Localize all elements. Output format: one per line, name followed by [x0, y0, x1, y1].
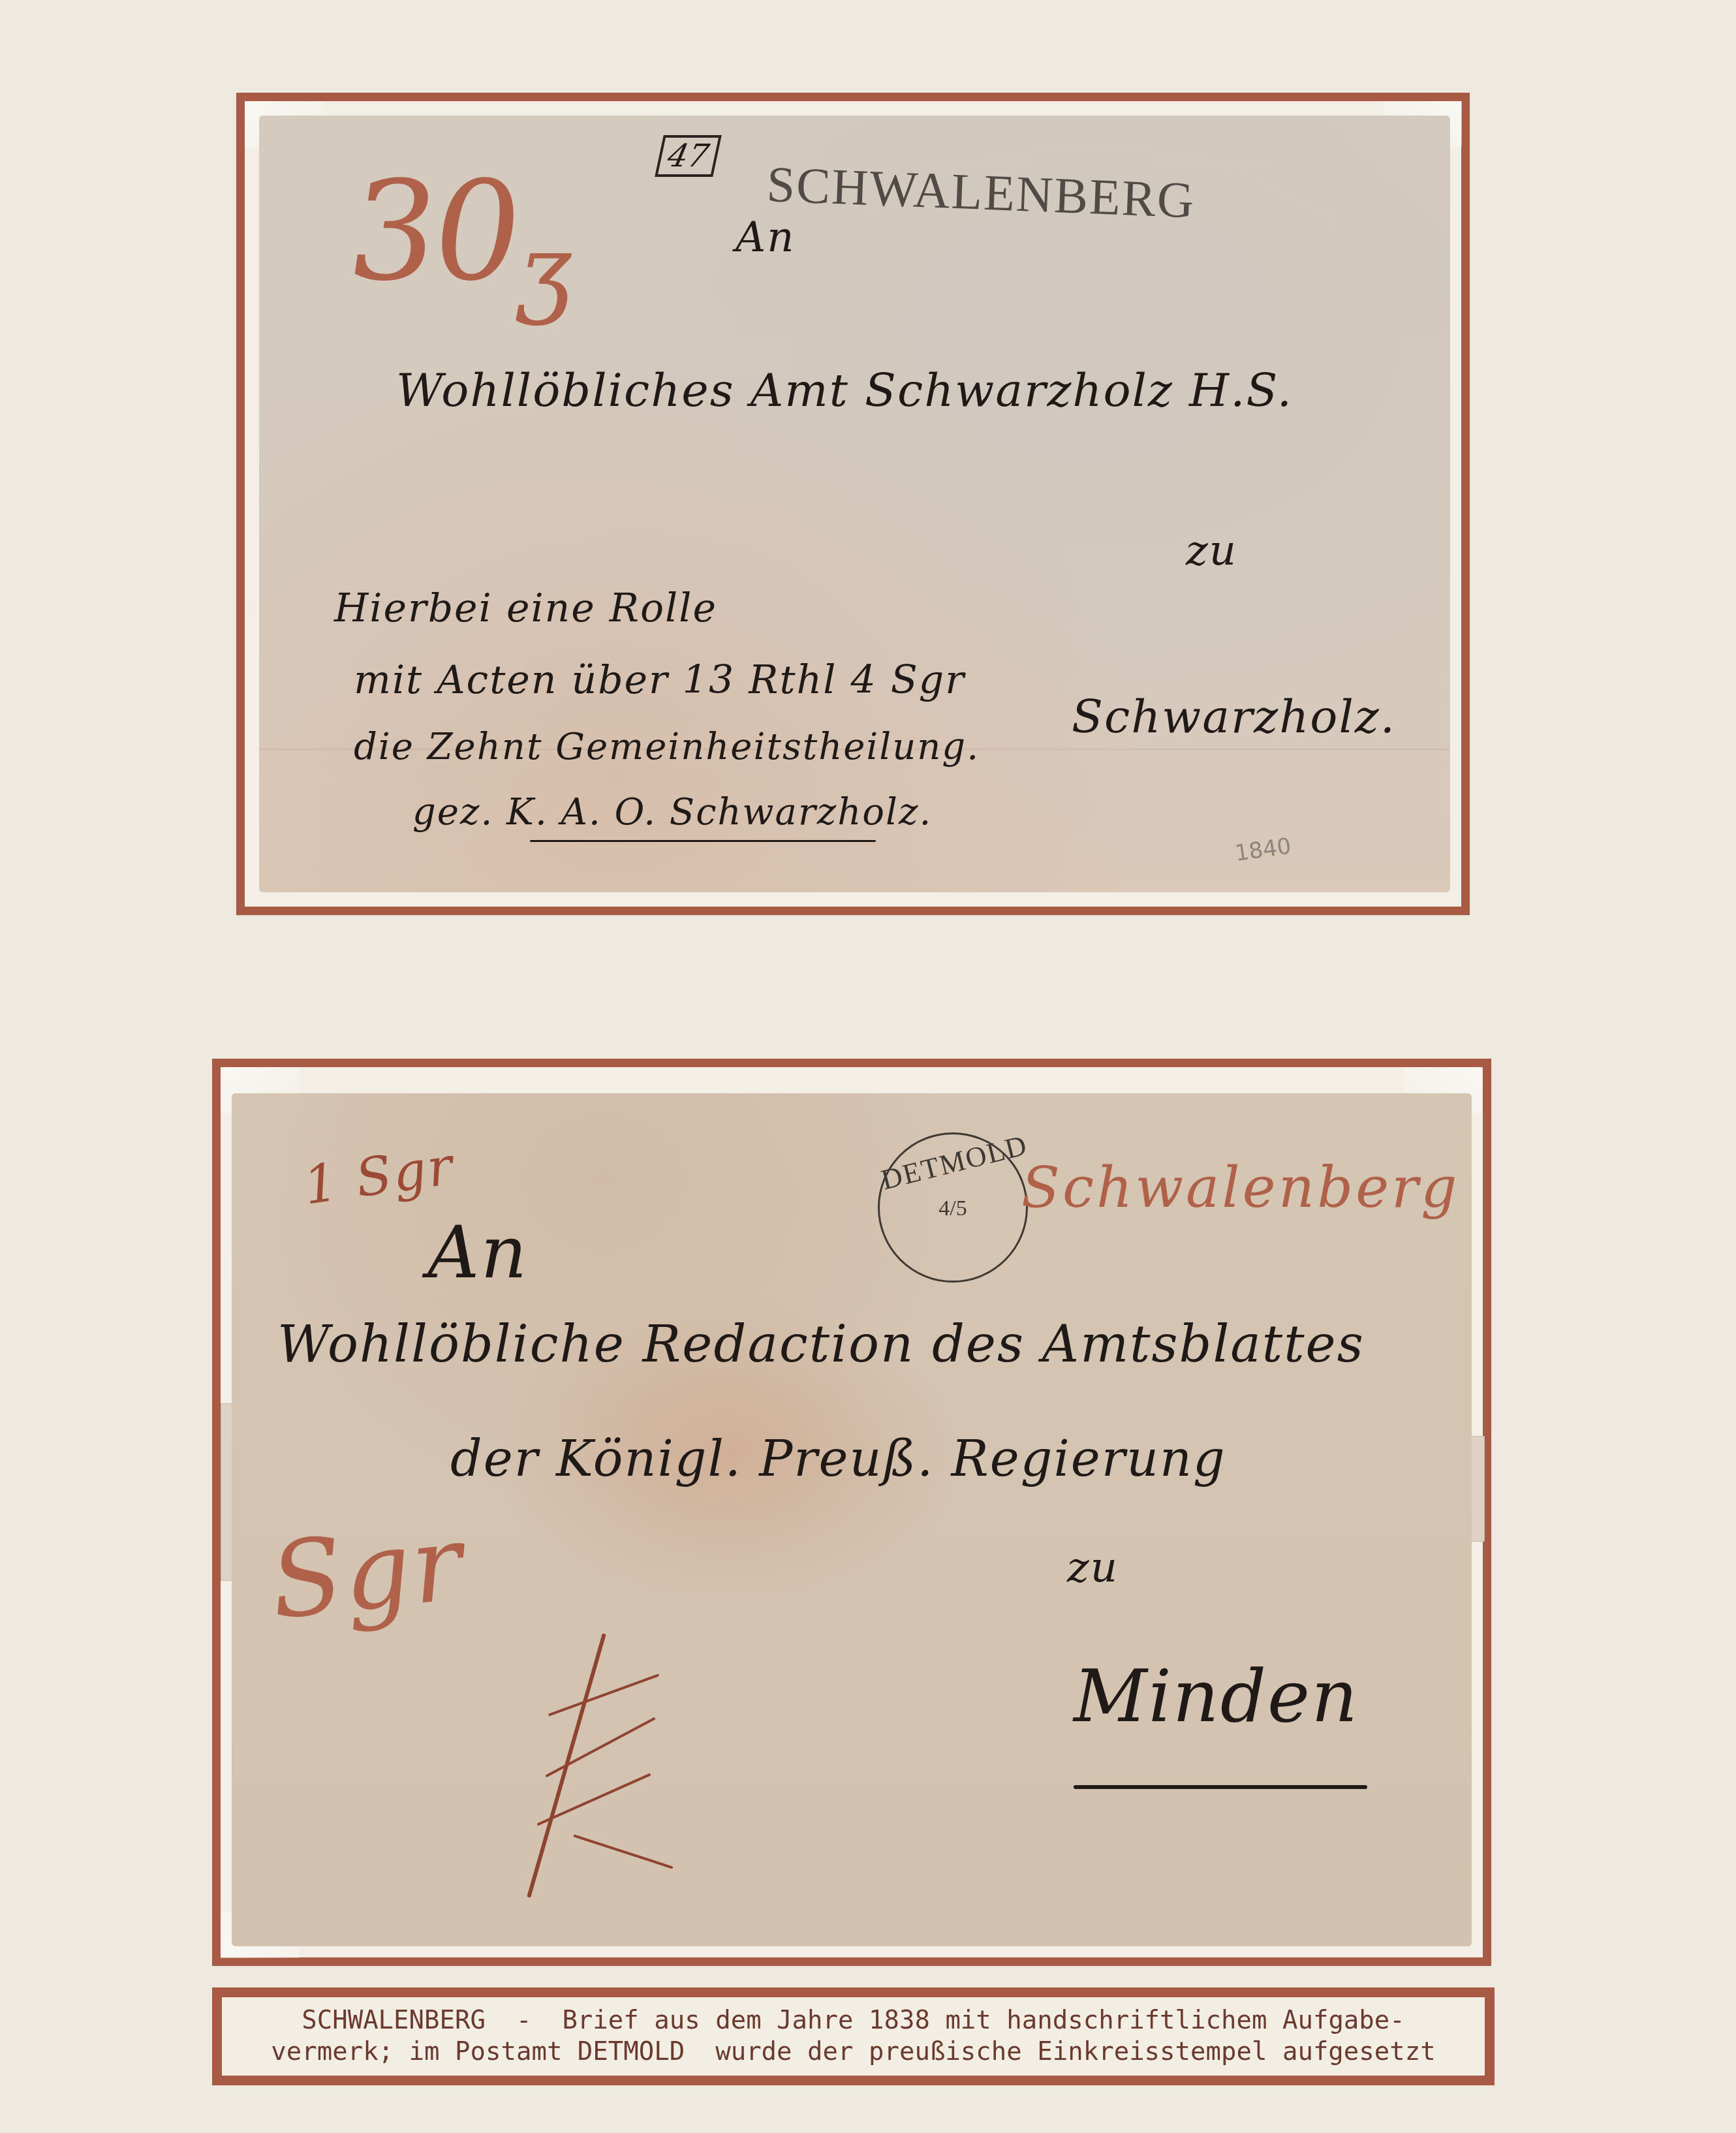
- content-note-line-3: die Zehnt Gemeinheitstheilung.: [354, 726, 980, 768]
- postmark-town: DETMOLD: [878, 1129, 1028, 1197]
- destination-underline: [1074, 1785, 1367, 1789]
- crossed-rate-zigzag: [536, 1773, 651, 1826]
- content-note-line-1: Hierbei eine Rolle: [334, 585, 717, 631]
- boxed-number: 47: [655, 135, 722, 177]
- address-line-1: An: [427, 1211, 528, 1294]
- red-rate-mark: Sgr: [265, 1501, 469, 1643]
- manuscript-origin: Schwalenberg: [1021, 1155, 1459, 1221]
- rate-mark-top: 1 Sgr: [300, 1135, 457, 1216]
- crossed-rate-zigzag: [573, 1834, 673, 1869]
- crossed-rate-zigzag: [548, 1674, 660, 1716]
- caption-box: SCHWALENBERG - Brief aus dem Jahre 1838 …: [212, 1987, 1495, 2085]
- postmark-day: 4: [938, 1196, 950, 1221]
- address-line-2: Wohllöbliches Amt Schwarzholz H.S.: [396, 364, 1293, 417]
- schwalenberg-postmark: SCHWALENBERG: [766, 155, 1196, 230]
- rate-mark-tail: ʒ: [517, 213, 574, 327]
- address-line-5-destination: Minden: [1074, 1655, 1359, 1738]
- pencil-year-note: 1840: [1233, 833, 1293, 867]
- postmark-date: 4/5: [880, 1196, 1026, 1221]
- cover-2-letter: 1 Sgr DETMOLD 4/5 Schwalenberg An Wohllö…: [232, 1093, 1472, 1946]
- address-line-4: zu: [1067, 1544, 1119, 1592]
- caption-line-1: SCHWALENBERG - Brief aus dem Jahre 1838 …: [302, 2005, 1405, 2036]
- crossed-rate-zigzag: [545, 1717, 656, 1778]
- address-line-1: An: [736, 213, 795, 262]
- address-line-3: zu: [1186, 527, 1237, 575]
- signature-underline: [530, 840, 876, 842]
- rate-mark: 30: [339, 151, 529, 311]
- cover-1-letter: 47 SCHWALENBERG 30 ʒ An Wohllöbliches Am…: [259, 116, 1450, 892]
- content-note-line-2: mit Acten über 13 Rthl 4 Sgr: [354, 657, 965, 703]
- paper-flap-right: [1470, 1436, 1485, 1542]
- content-note-line-4: gez. K. A. O. Schwarzholz.: [412, 791, 932, 833]
- address-line-3: der Königl. Preuß. Regierung: [450, 1429, 1226, 1487]
- address-line-2: Wohllöbliche Redaction des Amtsblattes: [277, 1315, 1365, 1374]
- detmold-postmark: DETMOLD 4/5: [878, 1132, 1028, 1283]
- postmark-month: 5: [956, 1196, 967, 1221]
- address-line-4: Schwarzholz.: [1072, 690, 1396, 743]
- caption-line-2: vermerk; im Postamt DETMOLD wurde der pr…: [271, 2036, 1435, 2068]
